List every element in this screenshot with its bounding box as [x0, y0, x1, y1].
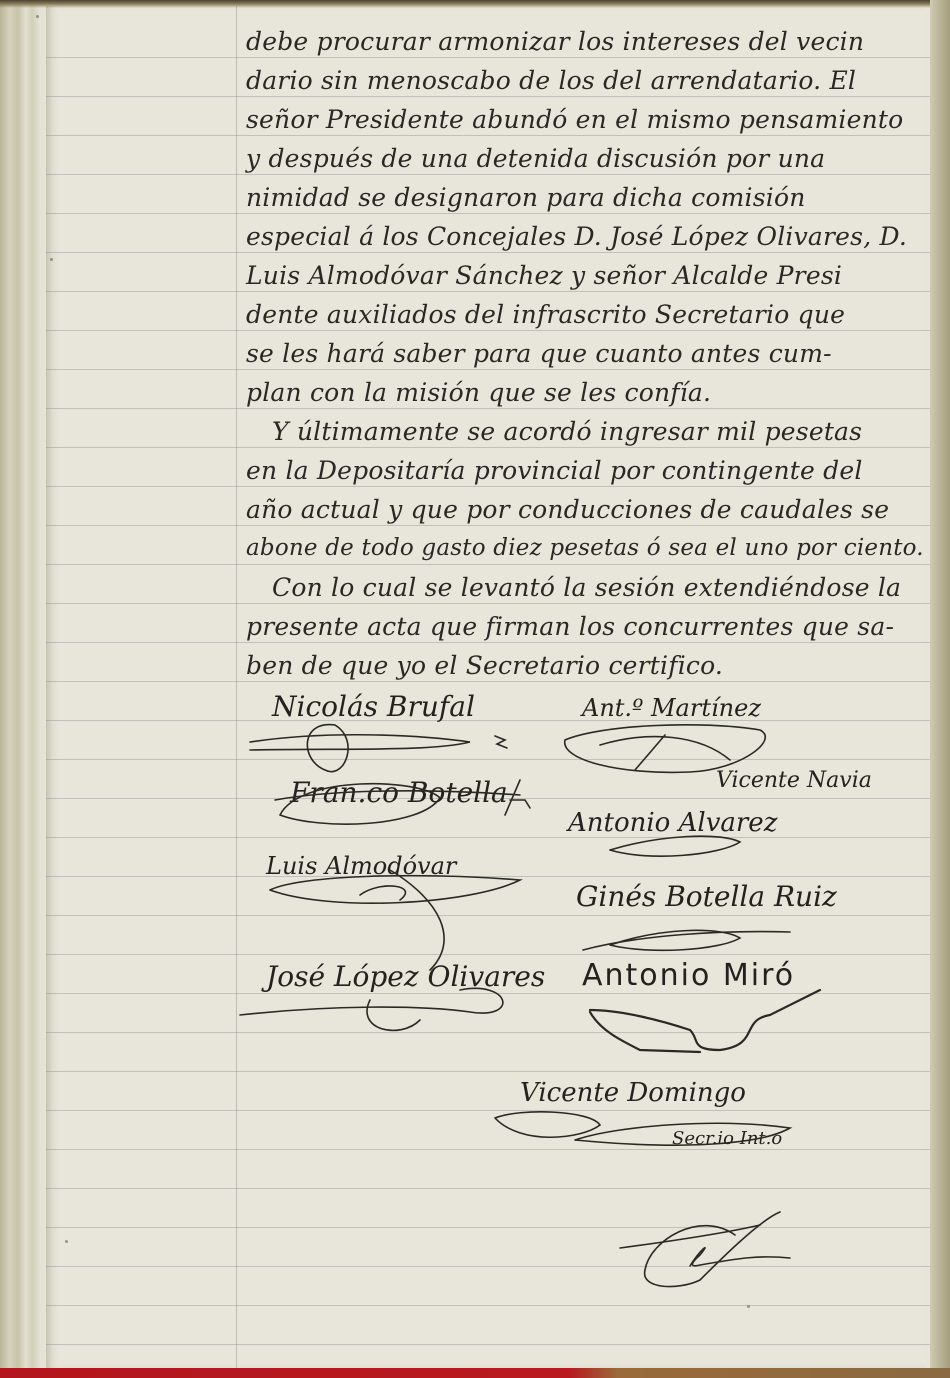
paper-speck [747, 1305, 750, 1308]
ruled-line [46, 1188, 930, 1189]
ruled-line [46, 954, 930, 955]
signature-secretary-title: Secr.io Int.o [672, 1128, 782, 1149]
ruled-line [46, 876, 930, 877]
text-line: año actual y que por conducciones de cau… [246, 490, 936, 529]
text-line: plan con la misión que se les confía. [246, 373, 936, 412]
ruled-line [46, 1032, 930, 1033]
ruled-line [46, 1266, 930, 1267]
paper-speck [50, 258, 53, 261]
signature-vicente-navia: Vicente Navia [716, 768, 872, 793]
binding-top-edge [0, 0, 950, 8]
signature-jose-lopez-olivares: José López Olivares [266, 960, 545, 993]
text-line: dario sin menoscabo de los del arrendata… [246, 61, 936, 100]
text-line: en la Depositaría provincial por conting… [246, 451, 936, 490]
signature-nicolas-brufal: Nicolás Brufal [272, 690, 475, 723]
ruled-line [46, 1344, 930, 1345]
text-line: nimidad se designaron para dicha comisió… [246, 178, 936, 217]
minutes-text: debe procurar armonizar los intereses de… [246, 22, 936, 685]
ruled-line [46, 1149, 930, 1150]
signature-antonio-martinez: Ant.º Martínez [582, 694, 761, 722]
paper-speck [36, 15, 39, 18]
text-line: especial á los Concejales D. José López … [246, 217, 936, 256]
signature-antonio-alvarez: Antonio Alvarez [568, 808, 777, 838]
text-line: Con lo cual se levantó la sesión extendi… [246, 568, 936, 607]
signature-luis-almodovar: Luis Almodóvar [266, 852, 456, 880]
text-line: se les hará saber para que cuanto antes … [246, 334, 936, 373]
signature-antonio-miro: Antonio Miró [582, 958, 795, 993]
text-line: Luis Almodóvar Sánchez y señor Alcalde P… [246, 256, 936, 295]
red-cover-edge [0, 1368, 950, 1378]
signature-vicente-domingo: Vicente Domingo [520, 1078, 746, 1108]
text-line: señor Presidente abundó en el mismo pens… [246, 100, 936, 139]
text-line: debe procurar armonizar los intereses de… [246, 22, 936, 61]
paper-speck [65, 1240, 68, 1243]
text-line: dente auxiliados del infrascrito Secreta… [246, 295, 936, 334]
ruled-line [46, 1110, 930, 1111]
ruled-line [46, 915, 930, 916]
text-line: ben de que yo el Secretario certifico. [246, 646, 936, 685]
ruled-line [46, 837, 930, 838]
ruled-line [46, 1305, 930, 1306]
ruled-line [46, 1071, 930, 1072]
ruled-line [46, 759, 930, 760]
ruled-line [46, 993, 930, 994]
signature-gines-botella-ruiz: Ginés Botella Ruiz [576, 880, 837, 913]
text-line: y después de una detenida discusión por … [246, 139, 936, 178]
ruled-line [46, 1227, 930, 1228]
margin-rule [236, 6, 237, 1368]
signature-francisco-botella: Fran.co Botella [290, 776, 508, 809]
ruled-line [46, 720, 930, 721]
text-line: presente acta que firman los concurrente… [246, 607, 936, 646]
text-line: abone de todo gasto diez pesetas ó sea e… [246, 529, 936, 568]
text-line: Y últimamente se acordó ingresar mil pes… [246, 412, 936, 451]
